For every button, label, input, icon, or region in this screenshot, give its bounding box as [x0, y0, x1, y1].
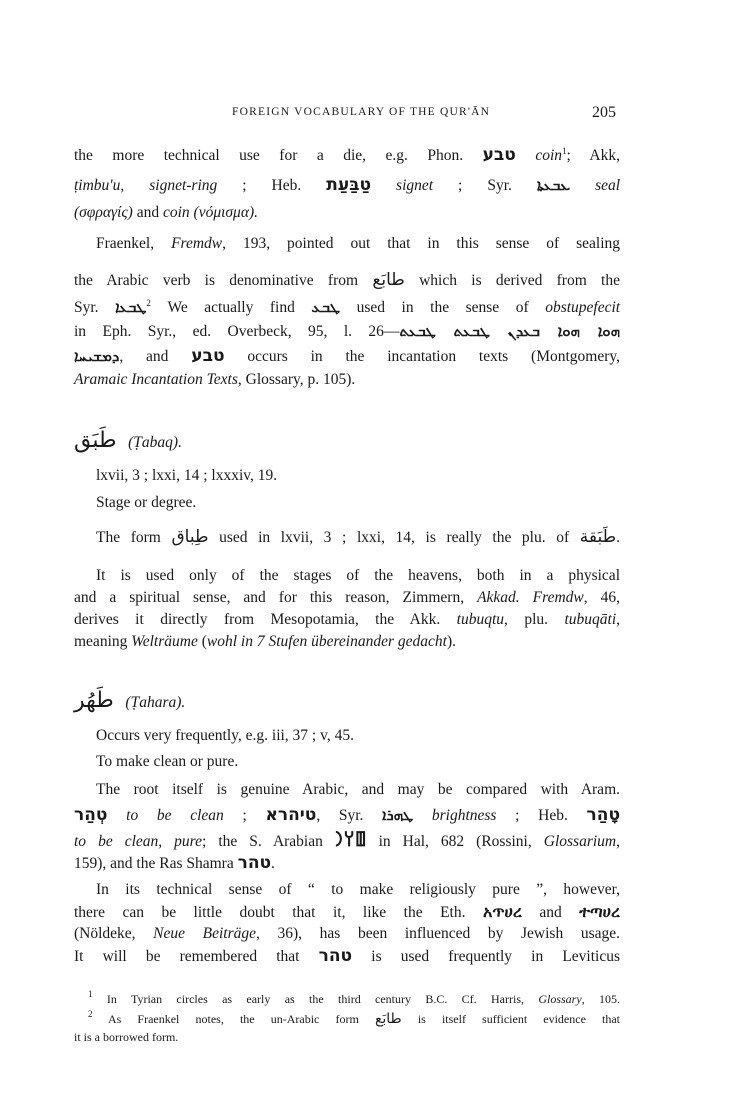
text: , 105. [582, 992, 620, 1006]
text: , [616, 833, 620, 850]
south-arabian-word: 𐩷𐩠𐩧 [335, 831, 367, 851]
arabic-word: طِباق [171, 527, 208, 547]
text: the more technical use for a die, e.g. P… [74, 147, 463, 164]
text: Syr. [74, 299, 99, 316]
text-line: derives it directly from Mesopotamia, th… [74, 610, 620, 630]
hebrew-word: טְהַר [74, 805, 107, 825]
ethiopic-word: አጥሀረ [483, 902, 522, 921]
text: (Nöldeke, [74, 925, 136, 942]
footnote-1: 1 In Tyrian circles as early as the thir… [88, 991, 620, 1007]
text: is itself sufficient evidence that [418, 1012, 620, 1026]
text-line: to be clean, pure; the S. Arabian 𐩷𐩠𐩧 in… [74, 831, 620, 852]
text: ; [242, 807, 246, 824]
text-line: Syr. ܛܒܥܐ2 We actually find ܛܒܥ used in … [74, 297, 620, 318]
document-page: Foreign Vocabulary of the Qur'ān 205 the… [0, 0, 739, 1100]
text: Fremdw [171, 235, 222, 252]
text: meaning [74, 633, 127, 650]
arabic-word: طابَع [372, 270, 405, 290]
text: used in lxvii, 3 ; lxxi, 14, is really t… [219, 529, 569, 546]
text-line: the Arabic verb is denominative from طاب… [74, 270, 620, 291]
transliteration: (Ṭahara). [125, 694, 185, 711]
text: , 193, pointed out that in this sense of… [222, 235, 620, 252]
text: ṭimbu'u, [74, 177, 124, 194]
text-line: The root itself is genuine Arabic, and m… [96, 780, 620, 800]
text: in Hal, 682 (Rossini, [379, 833, 532, 850]
book-title: Aramaic Incantation Texts [74, 371, 238, 388]
text: signet-ring [149, 177, 217, 194]
text: . [271, 855, 275, 872]
text: ; Akk, [567, 147, 621, 164]
hebrew-word: טהר [319, 946, 352, 966]
text: 159), and the Ras Shamra [74, 855, 234, 872]
text-line: the more technical use for a die, e.g. P… [74, 145, 620, 166]
syriac-word: ܛܒܥܐ [115, 298, 146, 316]
arabic-word: طَبَقة [580, 527, 616, 547]
text: there can be little doubt that it, like … [74, 904, 465, 921]
text-line: ܕܡܫܝܚܐ, and טבע occurs in the incantatio… [74, 346, 620, 367]
text-line: It will be remembered that טהר is used f… [74, 946, 620, 967]
text: tubuqtu [457, 611, 504, 628]
text: derives it directly from Mesopotamia, th… [74, 611, 440, 628]
text-line: The form طِباق used in lxvii, 3 ; lxxi, … [96, 527, 620, 548]
entry-heading-tabaq: طَبَق (Ṭabaq). [74, 428, 182, 456]
meaning: Stage or degree. [96, 493, 620, 513]
text-line: It is used only of the stages of the hea… [96, 566, 620, 586]
syriac-word: ܛܒܥ [311, 298, 340, 316]
text: tubuqāti [564, 611, 616, 628]
text-line: there can be little doubt that it, like … [74, 902, 620, 923]
text: Glossarium [544, 833, 616, 850]
ethiopic-word: ተጣሀረ [579, 902, 620, 921]
text-line: Fraenkel, Fremdw, 193, pointed out that … [96, 234, 620, 254]
references: Occurs very frequently, e.g. iii, 37 ; v… [96, 726, 620, 746]
text: and [539, 904, 561, 921]
footnote-mark: 1 [88, 989, 93, 999]
text: The form [96, 529, 161, 546]
text: obstupefecit [545, 299, 620, 316]
text: and a spiritual sense, and for this reas… [74, 589, 464, 606]
meaning: To make clean or pure. [96, 752, 620, 772]
text: , 36), has been influenced by Jewish usa… [256, 925, 620, 942]
greek-word: (σφραγίς) [74, 204, 133, 221]
text-line: (σφραγίς) and coin (νόμισμα). [74, 203, 620, 223]
text: As Fraenkel notes, the un-Arabic form [108, 1012, 359, 1026]
syriac-word: ܕܡܫܝܚܐ [74, 347, 119, 365]
references: lxvii, 3 ; lxxi, 14 ; lxxxiv, 19. [96, 466, 620, 486]
text: used in the sense of [357, 299, 529, 316]
hebrew-word: טָהַר [587, 805, 620, 825]
text-line: 159), and the Ras Shamra טהר. [74, 853, 620, 874]
text: which is derived from the [419, 272, 620, 289]
text: ; Heb. [515, 807, 568, 824]
syriac-phrase: ܗܘܐ ܗܘܐ ܒܥܕܢ ܛܒܥܬ ܛܒܥܬ [399, 322, 620, 340]
text: the Arabic verb is denominative from [74, 272, 358, 289]
text: ; Heb. [242, 177, 301, 194]
text: , and [119, 348, 168, 365]
text: Welträume [131, 633, 198, 650]
text: is used frequently in Leviticus [371, 948, 620, 965]
footnote-2: 2 As Fraenkel notes, the un-Arabic form … [88, 1011, 620, 1027]
text: We actually find [167, 299, 294, 316]
text: seal [595, 177, 620, 194]
syriac-word: ܛܗܪܐ [382, 806, 413, 824]
text: , plu. [504, 611, 548, 628]
text: Neue Beiträge [153, 925, 256, 942]
footnote-2-continuation: it is a borrowed form. [74, 1029, 620, 1045]
text-line: and a spiritual sense, and for this reas… [74, 588, 620, 608]
text: coin [163, 204, 190, 221]
transliteration: (Ṭabaq). [128, 434, 182, 451]
hebrew-word: טַבַּעַת [326, 175, 371, 195]
arabic-word: طابَع [375, 1011, 402, 1027]
text: , [616, 611, 620, 628]
text: to be clean, pure [74, 833, 202, 850]
text-line: טְהַר to be clean ; טיהרא, Syr. ܛܗܪܐ bri… [74, 805, 620, 826]
text: , Glossary, p. 105). [238, 371, 355, 388]
text: to be clean [126, 807, 224, 824]
hebrew-word: טבע [483, 145, 516, 165]
text: . [616, 529, 620, 546]
hebrew-word: טבע [191, 346, 224, 366]
footnote-mark: 2 [88, 1009, 93, 1019]
entry-heading-tahara: طَهُر (Ṭahara). [74, 688, 185, 716]
text: , 46, [584, 589, 620, 606]
text: occurs in the incantation texts (Montgom… [247, 348, 620, 365]
footnote-ref[interactable]: 2 [146, 298, 151, 308]
text-line: meaning Welträume (wohl in 7 Stufen über… [74, 632, 620, 652]
text: ). [447, 633, 456, 650]
text-line: In its technical sense of “ to make reli… [96, 880, 620, 900]
greek-word: (νόμισμα). [194, 204, 258, 221]
text: Fraenkel, [96, 235, 154, 252]
text: wohl in 7 Stufen übereinander gedacht [207, 633, 447, 650]
text: in Eph. Syr., ed. Overbeck, 95, l. 26— [74, 323, 399, 340]
text: It will be remembered that [74, 948, 299, 965]
text-line: in Eph. Syr., ed. Overbeck, 95, l. 26—ܗܘ… [74, 321, 620, 342]
text: ; the S. Arabian [202, 833, 323, 850]
syriac-word: ܥܒܥܬܐ [537, 176, 570, 194]
text: brightness [432, 807, 497, 824]
text-line: Aramaic Incantation Texts, Glossary, p. … [74, 370, 620, 390]
text: and [137, 204, 159, 221]
text: Akkad. Fremdw [477, 589, 584, 606]
arabic-headword: طَبَق [74, 428, 117, 453]
page-number: 205 [592, 104, 616, 122]
text: signet [396, 177, 433, 194]
text-line: (Nöldeke, Neue Beiträge, 36), has been i… [74, 924, 620, 944]
hebrew-word: טיהרא [265, 805, 316, 825]
text: , Syr. [316, 807, 363, 824]
arabic-headword: طَهُر [74, 688, 114, 713]
hebrew-word: טהר [238, 853, 271, 873]
text: coin [535, 147, 562, 164]
text-line: ṭimbu'u, signet-ring ; Heb. טַבַּעַת sig… [74, 175, 620, 196]
running-title: Foreign Vocabulary of the Qur'ān [232, 106, 490, 118]
text: ; Syr. [458, 177, 512, 194]
text: In Tyrian circles as early as the third … [107, 992, 524, 1006]
text: Glossary [538, 992, 581, 1006]
